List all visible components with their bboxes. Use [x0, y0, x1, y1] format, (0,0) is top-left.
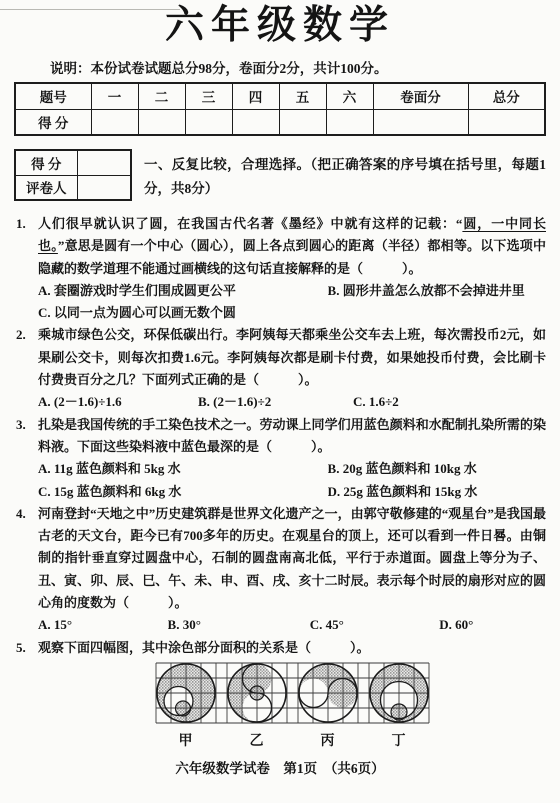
option-a: A. 11g 蓝色颜料和 5kg 水: [38, 458, 328, 480]
exam-page: 六年级数学 说明：本份试卷试题总分98分，卷面分2分，共计100分。 题号 一 …: [0, 0, 560, 803]
question-2: 2. 乘城市绿色公交，环保低碳出行。李阿姨每天都乘坐公交车去上班，每次需投币2元…: [16, 324, 546, 413]
option-d: D. 25g 蓝色颜料和 15kg 水: [328, 481, 546, 503]
option-b: B. 30°: [168, 614, 310, 636]
score-cell: [91, 109, 138, 135]
option-a: A. 套圈游戏时学生们围成圆更公平: [38, 280, 328, 302]
question-5-figure: 甲 乙 丙 丁: [155, 662, 430, 751]
question-2-text: 乘城市绿色公交，环保低碳出行。李阿姨每天都乘坐公交车去上班，每次需投币2元，如果…: [38, 324, 546, 391]
score-col-5: 五: [279, 83, 326, 109]
score-col-paper: 卷面分: [373, 83, 468, 109]
question-2-number: 2.: [16, 324, 26, 346]
score-row-label: 得 分: [15, 109, 91, 135]
shaded-circles-figure: [155, 662, 430, 724]
question-3-text: 扎染是我国传统的手工染色技术之一。劳动课上同学们用蓝色颜料和水配制扎染所需的染料…: [38, 414, 546, 459]
score-col-6: 六: [326, 83, 373, 109]
question-5: 5. 观察下面四幅图，其中涂色部分面积的关系是（ ）。: [16, 637, 546, 752]
question-1-rest: ”意思是圆有一个中心（圆心），圆上各点到圆心的距离（半径）都相等。以下选项中隐藏…: [38, 238, 546, 275]
option-b: B. 20g 蓝色颜料和 10kg 水: [328, 458, 546, 480]
question-5-number: 5.: [16, 637, 26, 659]
question-4-options: A. 15° B. 30° C. 45° D. 60°: [38, 614, 546, 636]
question-list: 1. 人们很早就认识了圆，在我国古代名著《墨经》中就有这样的记载：“圆，一中同长…: [16, 213, 546, 751]
figure-label-ding: 丁: [392, 731, 406, 753]
question-1-lead: 人们很早就认识了圆，在我国古代名著《墨经》中就有这样的记载：“: [38, 216, 462, 231]
score-cell: [279, 109, 326, 135]
score-col-1: 一: [91, 83, 138, 109]
question-4-text: 河南登封“天地之中”历史建筑群是世界文化遗产之一，由郭守敬修建的“观星台”是我国…: [38, 503, 546, 614]
question-4-number: 4.: [16, 503, 26, 525]
section-one-heading: 一、反复比较，合理选择。（把正确答案的序号填在括号里，每题1分，共8分）: [144, 149, 546, 201]
option-c: C. 1.6÷2: [353, 391, 546, 413]
figure-label-yi: 乙: [250, 731, 264, 753]
grader-person-label: 评卷人: [15, 175, 77, 200]
score-table: 题号 一 二 三 四 五 六 卷面分 总分 得 分: [14, 82, 546, 136]
question-1-number: 1.: [16, 213, 26, 235]
question-5-text: 观察下面四幅图，其中涂色部分面积的关系是（ ）。: [38, 637, 546, 659]
figure-label-jia: 甲: [179, 731, 193, 753]
question-3-number: 3.: [16, 414, 26, 436]
option-a: A. (2－1.6)÷1.6: [38, 391, 198, 413]
question-1-options: A. 套圈游戏时学生们围成圆更公平 B. 圆形井盖怎么放都不会掉进井里 C. 以…: [38, 280, 546, 325]
score-cell: [185, 109, 232, 135]
question-4: 4. 河南登封“天地之中”历史建筑群是世界文化遗产之一，由郭守敬修建的“观星台”…: [16, 503, 546, 637]
option-d: D. 60°: [439, 614, 546, 636]
page-title: 六年级数学: [40, 4, 520, 48]
score-col-total: 总分: [468, 83, 545, 109]
option-b: B. 圆形井盖怎么放都不会掉进井里: [328, 280, 546, 302]
question-2-options: A. (2－1.6)÷1.6 B. (2－1.6)÷2 C. 1.6÷2: [38, 391, 546, 413]
score-col-4: 四: [232, 83, 279, 109]
question-3: 3. 扎染是我国传统的手工染色技术之一。劳动课上同学们用蓝色颜料和水配制扎染所需…: [16, 414, 546, 503]
score-col-3: 三: [185, 83, 232, 109]
score-cell: [326, 109, 373, 135]
option-b: B. (2－1.6)÷2: [198, 391, 353, 413]
score-cell: [373, 109, 468, 135]
figure-label-bing: 丙: [321, 731, 335, 753]
figure-labels: 甲 乙 丙 丁: [155, 731, 430, 751]
score-col-2: 二: [138, 83, 185, 109]
grader-panel: 得 分 评卷人: [14, 149, 132, 201]
grader-person-cell: [77, 175, 131, 200]
score-col-label: 题号: [15, 83, 91, 109]
score-cell: [138, 109, 185, 135]
question-1: 1. 人们很早就认识了圆，在我国古代名著《墨经》中就有这样的记载：“圆，一中同长…: [16, 213, 546, 324]
question-1-text: 人们很早就认识了圆，在我国古代名著《墨经》中就有这样的记载：“圆，一中同长也。”…: [38, 213, 546, 280]
page-footer: 六年级数学试卷 第1页 （共6页）: [0, 757, 560, 777]
score-cell: [232, 109, 279, 135]
exam-instructions: 说明：本份试卷试题总分98分，卷面分2分，共计100分。: [50, 57, 560, 77]
option-c: C. 15g 蓝色颜料和 6kg 水: [38, 481, 328, 503]
score-cell: [468, 109, 545, 135]
option-c: C. 以同一点为圆心可以画无数个圆: [38, 302, 328, 324]
option-a: A. 15°: [38, 614, 168, 636]
scan-artifact-line: [0, 9, 180, 10]
question-3-options: A. 11g 蓝色颜料和 5kg 水 B. 20g 蓝色颜料和 10kg 水 C…: [38, 458, 546, 503]
score-table-header-row: 题号 一 二 三 四 五 六 卷面分 总分: [15, 83, 545, 109]
grader-score-cell: [77, 150, 131, 175]
grader-score-label: 得 分: [15, 150, 77, 175]
score-table-value-row: 得 分: [15, 109, 545, 135]
option-c: C. 45°: [310, 614, 440, 636]
